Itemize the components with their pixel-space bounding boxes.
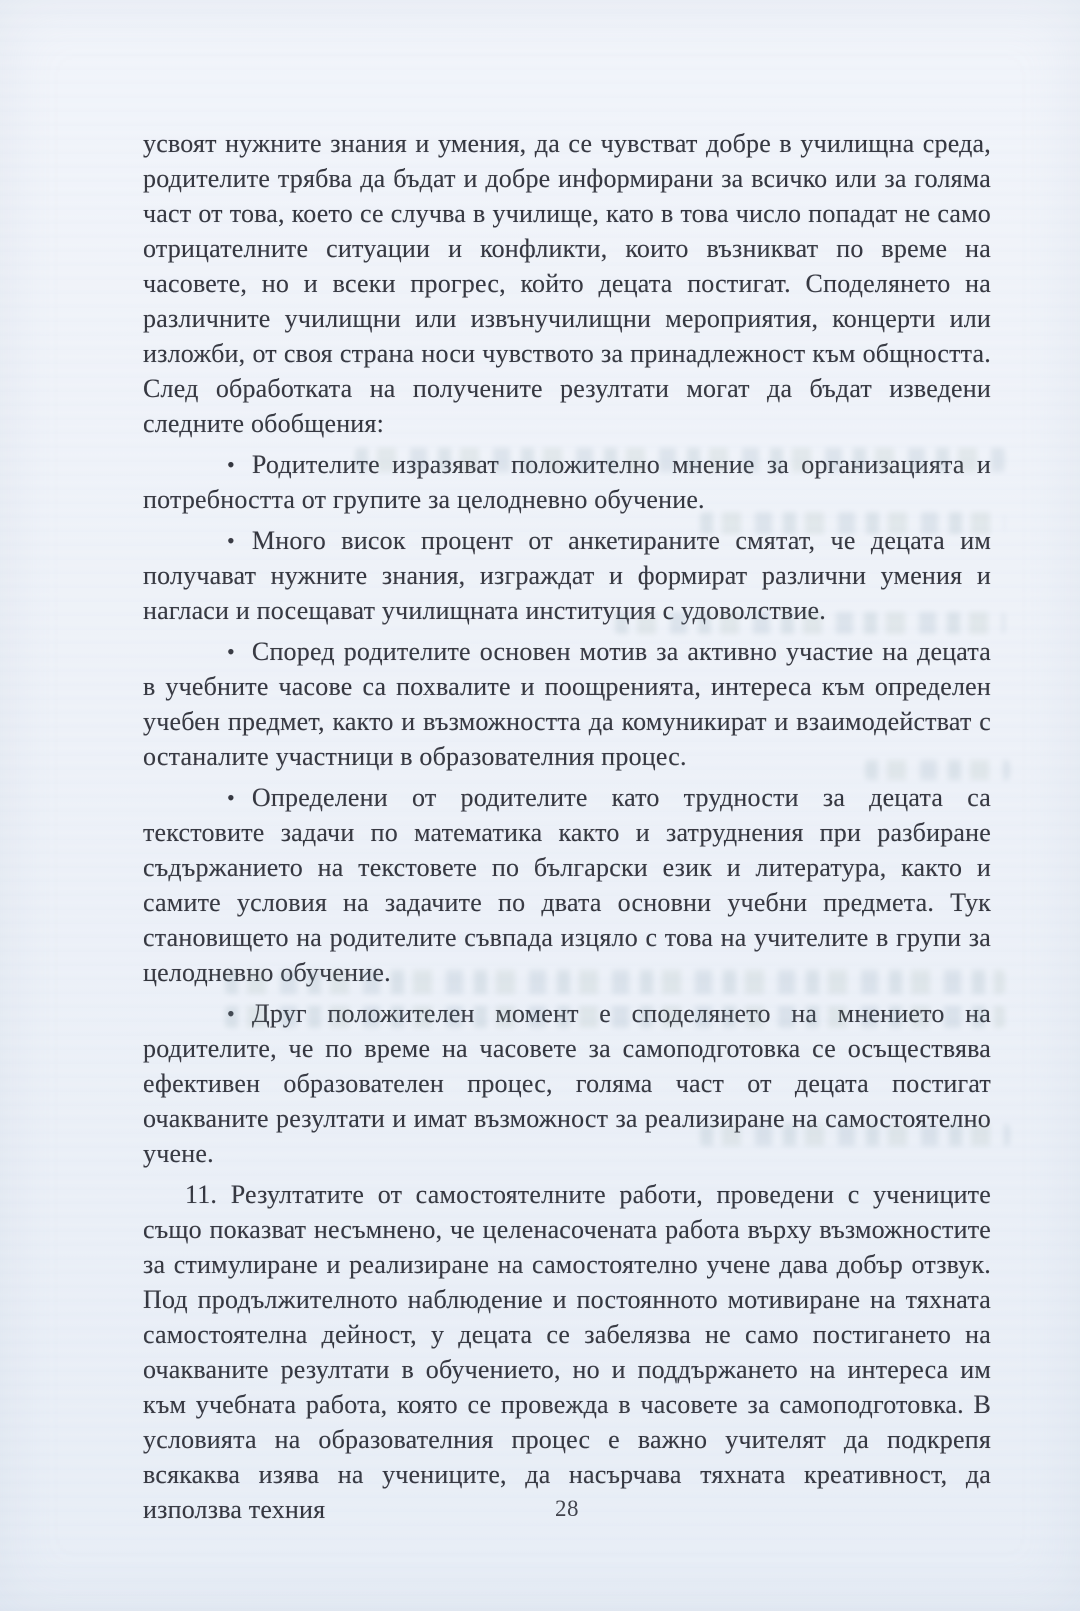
intro-paragraph-text: усвоят нужните знания и умения, да се чу…: [143, 129, 991, 438]
bullet-item-text: Според родителите основен мотив за актив…: [143, 637, 991, 771]
bullet-icon: •: [185, 447, 252, 482]
intro-paragraph: усвоят нужните знания и умения, да се чу…: [143, 126, 991, 441]
bullet-item: •Друг положителен момент е споделянето н…: [143, 996, 991, 1171]
bullet-item: •Родителите изразяват положително мнение…: [143, 447, 991, 517]
bullet-icon: •: [185, 996, 252, 1031]
bullet-item: •Определени от родителите като трудности…: [143, 780, 991, 990]
page-number: 28: [143, 1496, 991, 1522]
scanned-document-page: усвоят нужните знания и умения, да се чу…: [0, 0, 1080, 1611]
bullet-item: •Много висок процент от анкетираните смя…: [143, 523, 991, 628]
bullet-item-text: Друг положителен момент е споделянето на…: [143, 999, 991, 1168]
bullet-icon: •: [185, 634, 252, 669]
bullet-icon: •: [185, 780, 252, 815]
bullet-item-text: Определени от родителите като трудности …: [143, 783, 991, 987]
document-text-block: усвоят нужните знания и умения, да се чу…: [143, 126, 991, 1527]
bullet-item: •Според родителите основен мотив за акти…: [143, 634, 991, 774]
bullet-item-text: Много висок процент от анкетираните смят…: [143, 526, 991, 625]
numbered-paragraph-text: 11. Резултатите от самостоятелните работ…: [143, 1180, 991, 1524]
bullet-icon: •: [185, 523, 252, 558]
bullet-item-text: Родителите изразяват положително мнение …: [143, 450, 991, 514]
numbered-paragraph: 11. Резултатите от самостоятелните работ…: [143, 1177, 991, 1527]
